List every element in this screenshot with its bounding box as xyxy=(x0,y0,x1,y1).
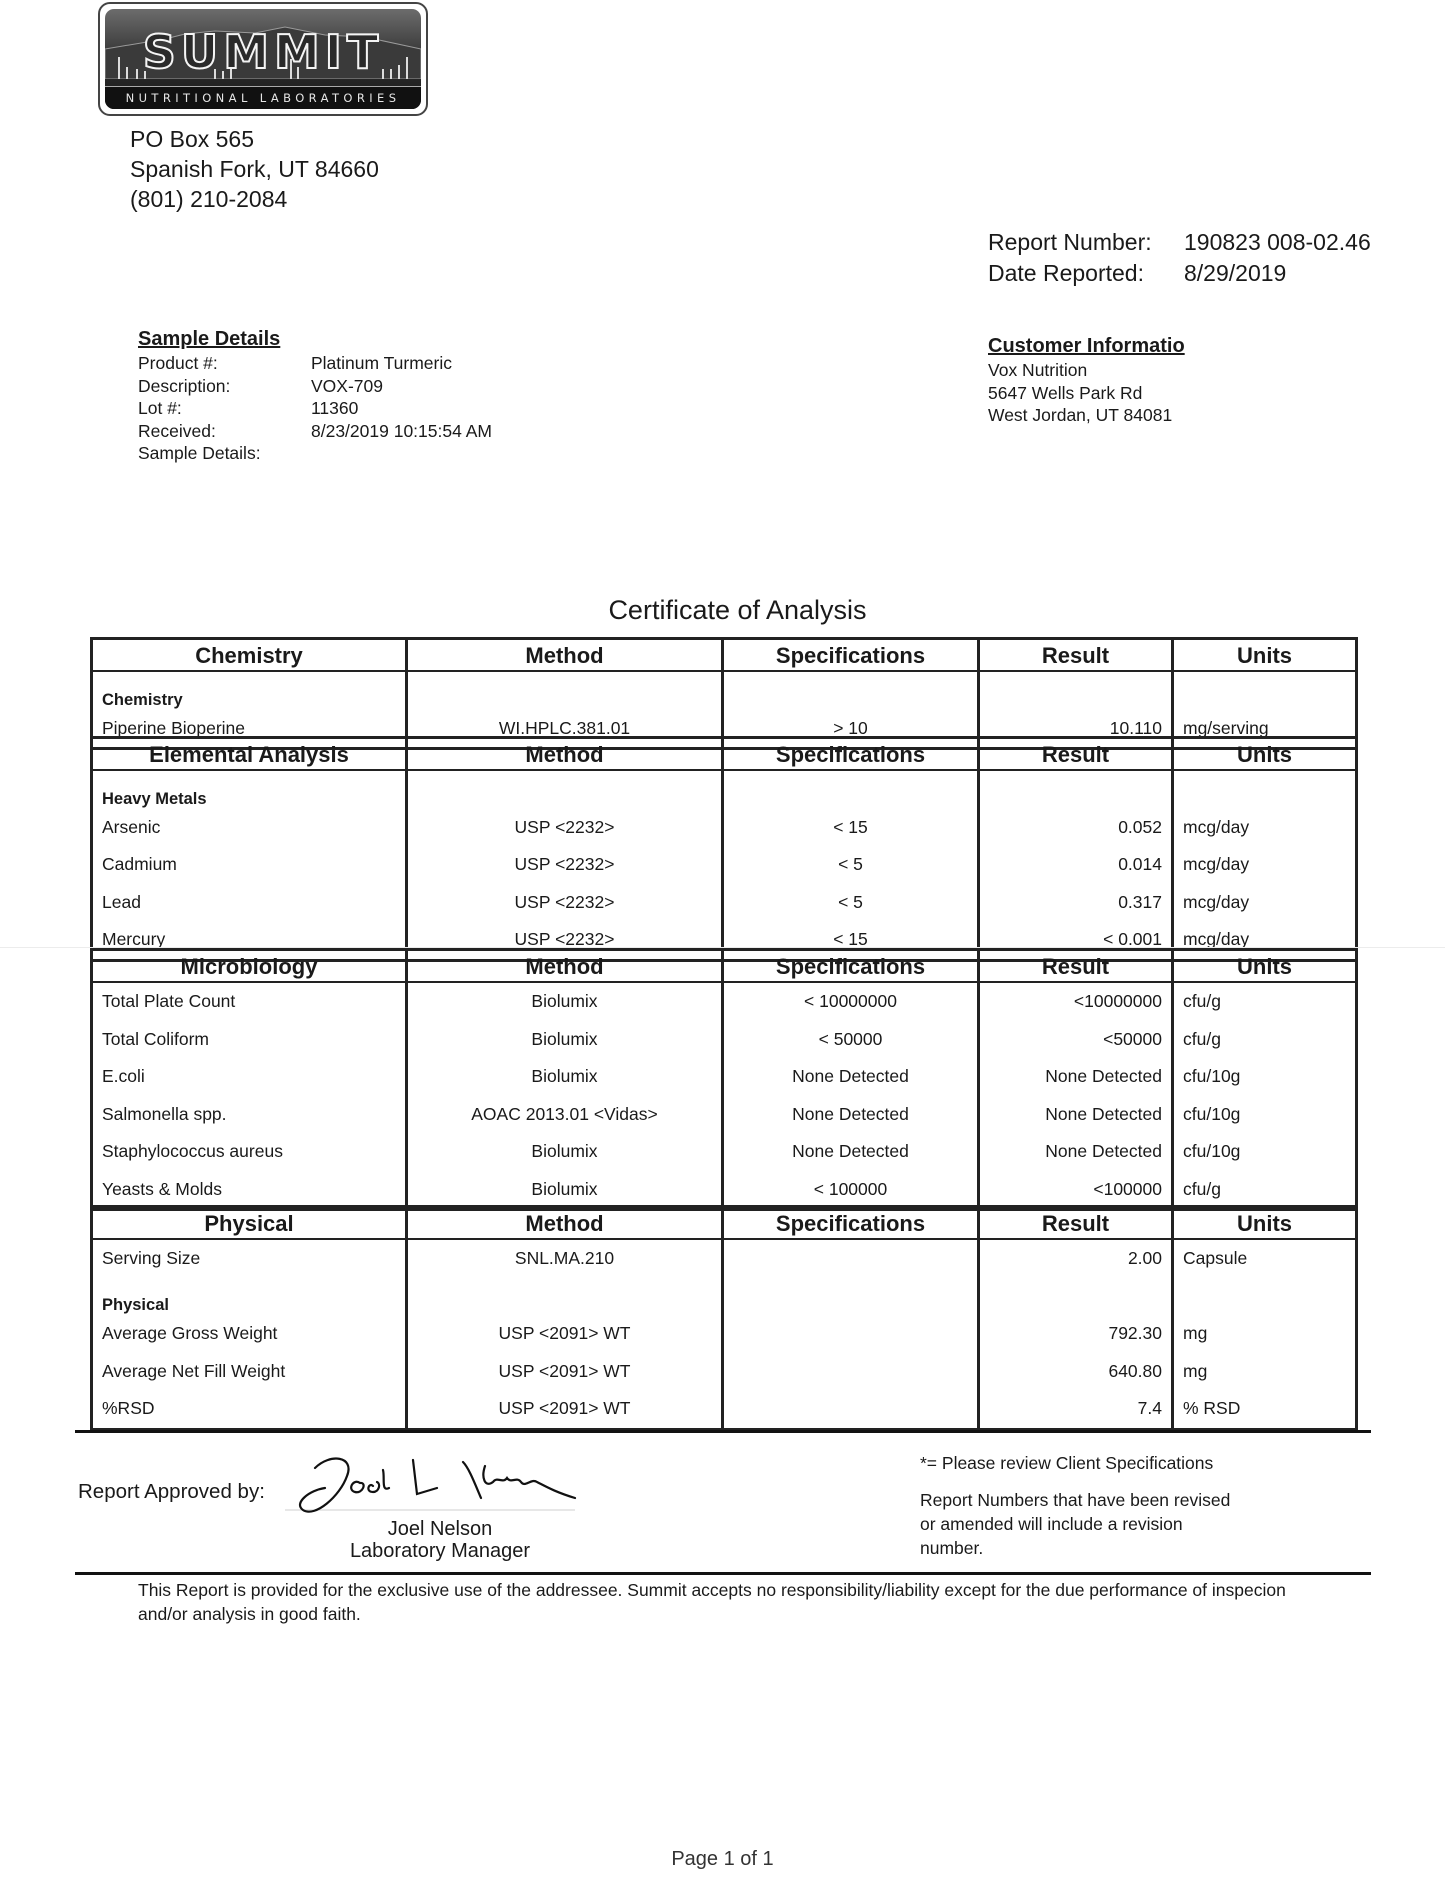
detail-value: VOX-709 xyxy=(311,375,383,398)
method: USP <2091> WT xyxy=(407,1353,723,1391)
detail-value: Platinum Turmeric xyxy=(311,352,452,375)
logo-tagline: NUTRITIONAL LABORATORIES xyxy=(105,86,421,109)
analyte: Serving Size xyxy=(92,1239,407,1278)
units: mcg/day xyxy=(1173,846,1357,884)
method: Biolumix xyxy=(407,1058,723,1096)
col-header: Microbiology xyxy=(92,950,407,983)
analyte: Staphylococcus aureus xyxy=(92,1133,407,1171)
spec: < 50000 xyxy=(723,1021,979,1059)
detail-label: Lot #: xyxy=(138,397,311,420)
result: 0.014 xyxy=(979,846,1173,884)
col-header: Method xyxy=(407,738,723,771)
detail-label: Description: xyxy=(138,375,311,398)
customer-line: West Jordan, UT 84081 xyxy=(988,404,1185,427)
method: SNL.MA.210 xyxy=(407,1239,723,1278)
logo-wordmark: SUMMIT xyxy=(105,25,421,79)
table-row: Salmonella spp. AOAC 2013.01 <Vidas> Non… xyxy=(92,1096,1357,1134)
table-row: E.coli Biolumix None Detected None Detec… xyxy=(92,1058,1357,1096)
col-header: Units xyxy=(1173,639,1357,672)
date-reported: 8/29/2019 xyxy=(1184,258,1286,289)
units: cfu/10g xyxy=(1173,1133,1357,1171)
spec xyxy=(723,1239,979,1278)
col-header: Specifications xyxy=(723,950,979,983)
method: Biolumix xyxy=(407,1133,723,1171)
col-header: Method xyxy=(407,950,723,983)
client-spec-note: *= Please review Client Specifications xyxy=(920,1451,1240,1475)
units: cfu/g xyxy=(1173,982,1357,1021)
table-subheading-row: Chemistry xyxy=(92,671,1357,710)
units: mg xyxy=(1173,1315,1357,1353)
col-header: Units xyxy=(1173,950,1357,983)
method: USP <2091> WT xyxy=(407,1315,723,1353)
signer-role: Laboratory Manager xyxy=(320,1540,560,1562)
method: Biolumix xyxy=(407,1021,723,1059)
result: None Detected xyxy=(979,1133,1173,1171)
analyte: Yeasts & Molds xyxy=(92,1171,407,1210)
table-row: Total Coliform Biolumix < 50000 <50000 c… xyxy=(92,1021,1357,1059)
method: Biolumix xyxy=(407,982,723,1021)
units: cfu/g xyxy=(1173,1171,1357,1210)
address-line: (801) 210-2084 xyxy=(130,184,379,214)
result: 792.30 xyxy=(979,1315,1173,1353)
analyte: Total Coliform xyxy=(92,1021,407,1059)
result: 0.317 xyxy=(979,884,1173,922)
col-header: Units xyxy=(1173,738,1357,771)
revision-note: Report Numbers that have been revised or… xyxy=(920,1488,1240,1560)
method: AOAC 2013.01 <Vidas> xyxy=(407,1096,723,1134)
analyte: E.coli xyxy=(92,1058,407,1096)
detail-label: Received: xyxy=(138,420,311,443)
customer-line: Vox Nutrition xyxy=(988,359,1185,382)
analyte: Arsenic xyxy=(92,809,407,847)
col-header: Specifications xyxy=(723,738,979,771)
microbiology-table: Microbiology Method Specifications Resul… xyxy=(90,948,1358,1211)
detail-label: Product #: xyxy=(138,352,311,375)
units: mg xyxy=(1173,1353,1357,1391)
elemental-analysis-table: Elemental Analysis Method Specifications… xyxy=(90,736,1358,962)
address-line: PO Box 565 xyxy=(130,124,379,154)
table-row: Lead USP <2232> < 5 0.317 mcg/day xyxy=(92,884,1357,922)
sample-details-title: Sample Details xyxy=(138,326,492,352)
date-reported-label: Date Reported: xyxy=(988,258,1184,289)
signature-icon xyxy=(285,1448,605,1526)
detail-value: 11360 xyxy=(311,397,358,420)
report-number: 190823 008-02.46 xyxy=(1184,227,1371,258)
analyte: %RSD xyxy=(92,1390,407,1429)
analyte: Total Plate Count xyxy=(92,982,407,1021)
units: mcg/day xyxy=(1173,809,1357,847)
spec: < 10000000 xyxy=(723,982,979,1021)
result: 2.00 xyxy=(979,1239,1173,1278)
spec: < 5 xyxy=(723,846,979,884)
divider xyxy=(75,1430,1371,1433)
page-number: Page 1 of 1 xyxy=(0,1848,1445,1871)
address-line: Spanish Fork, UT 84660 xyxy=(130,154,379,184)
spec: < 15 xyxy=(723,809,979,847)
col-header: Result xyxy=(979,639,1173,672)
col-header: Method xyxy=(407,639,723,672)
report-number-label: Report Number: xyxy=(988,227,1184,258)
report-notes: *= Please review Client Specifications R… xyxy=(920,1451,1240,1560)
spec: None Detected xyxy=(723,1058,979,1096)
table-header: Microbiology Method Specifications Resul… xyxy=(92,950,1357,983)
result: <10000000 xyxy=(979,982,1173,1021)
table-row: Arsenic USP <2232> < 15 0.052 mcg/day xyxy=(92,809,1357,847)
subheading: Heavy Metals xyxy=(92,770,407,809)
method: Biolumix xyxy=(407,1171,723,1210)
analyte: Lead xyxy=(92,884,407,922)
spec: None Detected xyxy=(723,1133,979,1171)
spec: None Detected xyxy=(723,1096,979,1134)
table-row: Cadmium USP <2232> < 5 0.014 mcg/day xyxy=(92,846,1357,884)
signer: Joel Nelson Laboratory Manager xyxy=(320,1518,560,1562)
method: USP <2232> xyxy=(407,809,723,847)
units: cfu/10g xyxy=(1173,1058,1357,1096)
lab-address: PO Box 565 Spanish Fork, UT 84660 (801) … xyxy=(130,124,379,214)
col-header: Result xyxy=(979,950,1173,983)
subheading: Physical xyxy=(92,1278,407,1316)
spec xyxy=(723,1353,979,1391)
report-meta: Report Number:190823 008-02.46 Date Repo… xyxy=(988,227,1371,289)
disclaimer: This Report is provided for the exclusiv… xyxy=(138,1578,1298,1626)
customer-title: Customer Informatio xyxy=(988,333,1185,359)
col-header: Chemistry xyxy=(92,639,407,672)
summit-logo: SUMMIT NUTRITIONAL LABORATORIES xyxy=(98,2,428,116)
result: 7.4 xyxy=(979,1390,1173,1429)
table-row: Yeasts & Molds Biolumix < 100000 <100000… xyxy=(92,1171,1357,1210)
table-row: Staphylococcus aureus Biolumix None Dete… xyxy=(92,1133,1357,1171)
table-subheading-row: Physical xyxy=(92,1278,1357,1316)
analyte: Cadmium xyxy=(92,846,407,884)
table-header: Physical Method Specifications Result Un… xyxy=(92,1207,1357,1240)
subheading: Chemistry xyxy=(92,671,407,710)
customer-line: 5647 Wells Park Rd xyxy=(988,382,1185,405)
detail-value: 8/23/2019 10:15:54 AM xyxy=(311,420,492,443)
col-header: Units xyxy=(1173,1207,1357,1240)
method: USP <2232> xyxy=(407,884,723,922)
result: 0.052 xyxy=(979,809,1173,847)
analyte: Average Gross Weight xyxy=(92,1315,407,1353)
table-subheading-row: Heavy Metals xyxy=(92,770,1357,809)
divider xyxy=(75,1572,1371,1575)
spec: < 100000 xyxy=(723,1171,979,1210)
result: None Detected xyxy=(979,1058,1173,1096)
spec xyxy=(723,1390,979,1429)
table-row: %RSD USP <2091> WT 7.4 % RSD xyxy=(92,1390,1357,1429)
approved-by-label: Report Approved by: xyxy=(78,1480,265,1504)
customer-information: Customer Informatio Vox Nutrition 5647 W… xyxy=(988,333,1185,427)
result: None Detected xyxy=(979,1096,1173,1134)
result: <50000 xyxy=(979,1021,1173,1059)
result: <100000 xyxy=(979,1171,1173,1210)
detail-label: Sample Details: xyxy=(138,442,311,465)
physical-table: Physical Method Specifications Result Un… xyxy=(90,1205,1358,1431)
result: 640.80 xyxy=(979,1353,1173,1391)
col-header: Elemental Analysis xyxy=(92,738,407,771)
col-header: Specifications xyxy=(723,639,979,672)
spec: < 5 xyxy=(723,884,979,922)
col-header: Result xyxy=(979,1207,1173,1240)
analyte: Average Net Fill Weight xyxy=(92,1353,407,1391)
table-row: Serving Size SNL.MA.210 2.00 Capsule xyxy=(92,1239,1357,1278)
table-header: Chemistry Method Specifications Result U… xyxy=(92,639,1357,672)
col-header: Physical xyxy=(92,1207,407,1240)
method: USP <2232> xyxy=(407,846,723,884)
units: % RSD xyxy=(1173,1390,1357,1429)
units: mcg/day xyxy=(1173,884,1357,922)
table-row: Total Plate Count Biolumix < 10000000 <1… xyxy=(92,982,1357,1021)
sample-details: Sample Details Product #:Platinum Turmer… xyxy=(138,326,492,465)
units: Capsule xyxy=(1173,1239,1357,1278)
units: cfu/10g xyxy=(1173,1096,1357,1134)
spec xyxy=(723,1315,979,1353)
col-header: Specifications xyxy=(723,1207,979,1240)
table-row: Average Net Fill Weight USP <2091> WT 64… xyxy=(92,1353,1357,1391)
table-row: Average Gross Weight USP <2091> WT 792.3… xyxy=(92,1315,1357,1353)
method: USP <2091> WT xyxy=(407,1390,723,1429)
chemistry-table: Chemistry Method Specifications Result U… xyxy=(90,637,1358,750)
certificate-title: Certificate of Analysis xyxy=(0,595,1445,626)
col-header: Method xyxy=(407,1207,723,1240)
col-header: Result xyxy=(979,738,1173,771)
signer-name: Joel Nelson xyxy=(320,1518,560,1540)
analyte: Salmonella spp. xyxy=(92,1096,407,1134)
units: cfu/g xyxy=(1173,1021,1357,1059)
table-header: Elemental Analysis Method Specifications… xyxy=(92,738,1357,771)
